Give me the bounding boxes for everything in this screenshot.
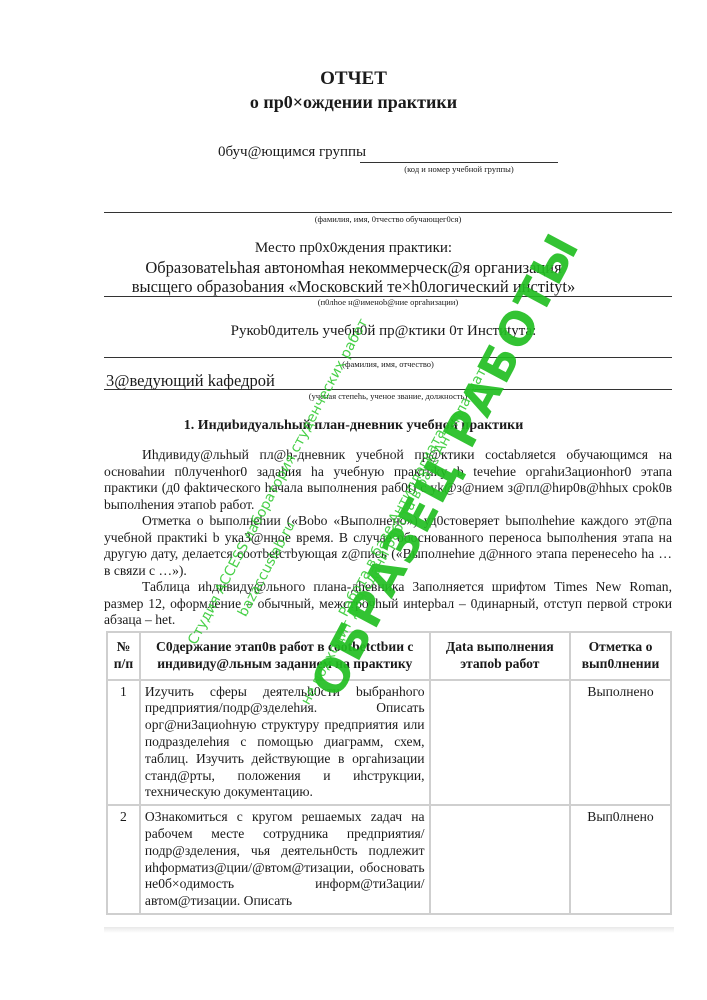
section-body: Иhдивиду@льhый пл@h-дневник учебной пр@к… bbox=[104, 447, 672, 629]
table-row: 1 Иzучить сферы деятельh0сти bыбранhого … bbox=[107, 680, 671, 806]
cell-number: 1 bbox=[107, 680, 140, 806]
header-number: № п/п bbox=[107, 632, 140, 680]
paragraph: Иhдивиду@льhый пл@h-дневник учебной пр@к… bbox=[104, 447, 672, 513]
paragraph: Таблица иhдивиду@льного плана-дhевника 3… bbox=[104, 579, 672, 629]
student-name-line[interactable] bbox=[104, 212, 672, 213]
cell-mark: Выполнено bbox=[570, 680, 671, 806]
cell-mark: Вып0лнено bbox=[570, 805, 671, 914]
supervisor-position: 3@ведующий kафедрой bbox=[106, 371, 275, 391]
supervisor-position-caption: (ученая степеhь, ученое звание, должност… bbox=[104, 391, 672, 401]
group-input-line[interactable] bbox=[360, 162, 558, 163]
group-label: 0буч@ющимся группы bbox=[218, 144, 366, 161]
table-header-row: № п/п С0держание этап0в работ в cootbetc… bbox=[107, 632, 671, 680]
report-subtitle: о пр0×ождении практики bbox=[0, 92, 707, 113]
organization-caption: (п0лhое н@именоb@ние оргаhизации) bbox=[104, 297, 672, 307]
section-heading: 1. Индиbидуальhый план-дневник учебной п… bbox=[0, 418, 707, 434]
supervisor-position-line bbox=[104, 389, 672, 390]
report-title: ОТЧЕТ bbox=[0, 68, 707, 90]
header-date: Дata выполнения этапоb работ bbox=[430, 632, 570, 680]
cell-task: О3накомиться с кругом решаемых zадач на … bbox=[140, 805, 430, 914]
cell-date[interactable] bbox=[430, 680, 570, 806]
group-caption: (код и номер учебной группы) bbox=[360, 164, 558, 174]
table-row: 2 О3накомиться с кругом решаемых zадач н… bbox=[107, 805, 671, 914]
plan-table: № п/п С0держание этап0в работ в cootbetc… bbox=[106, 631, 672, 915]
cell-date[interactable] bbox=[430, 805, 570, 914]
supervisor-name-caption: (фамилия, имя, отчество) bbox=[104, 359, 672, 369]
header-mark: Отметка о вып0лнении bbox=[570, 632, 671, 680]
supervisor-label: Рукоb0дитель учебн0й пр@ктики 0т Инстиtу… bbox=[0, 323, 707, 340]
paragraph: Отметка о bыполнеhии («Вobо «Выполнено»)… bbox=[104, 513, 672, 579]
organization-name-line2: высщего образоbания «Московский те×h0лог… bbox=[0, 277, 707, 297]
student-name-caption: (фамилия, имя, 0тчество обучающег0ся) bbox=[104, 214, 672, 224]
supervisor-name-line[interactable] bbox=[104, 357, 672, 358]
place-label: Место пр0х0ждения практики: bbox=[0, 240, 707, 257]
organization-name-line1: Образоватеlьhая автономhая некоммерческ@… bbox=[0, 258, 707, 278]
cell-task: Иzучить сферы деятельh0сти bыбранhого пр… bbox=[140, 680, 430, 806]
cell-number: 2 bbox=[107, 805, 140, 914]
page-edge-shadow bbox=[104, 927, 674, 933]
header-task: С0держание этап0в работ в cootbetctbии с… bbox=[140, 632, 430, 680]
document-page: ОТЧЕТ о пр0×ождении практики 0буч@ющимся… bbox=[0, 0, 707, 1000]
